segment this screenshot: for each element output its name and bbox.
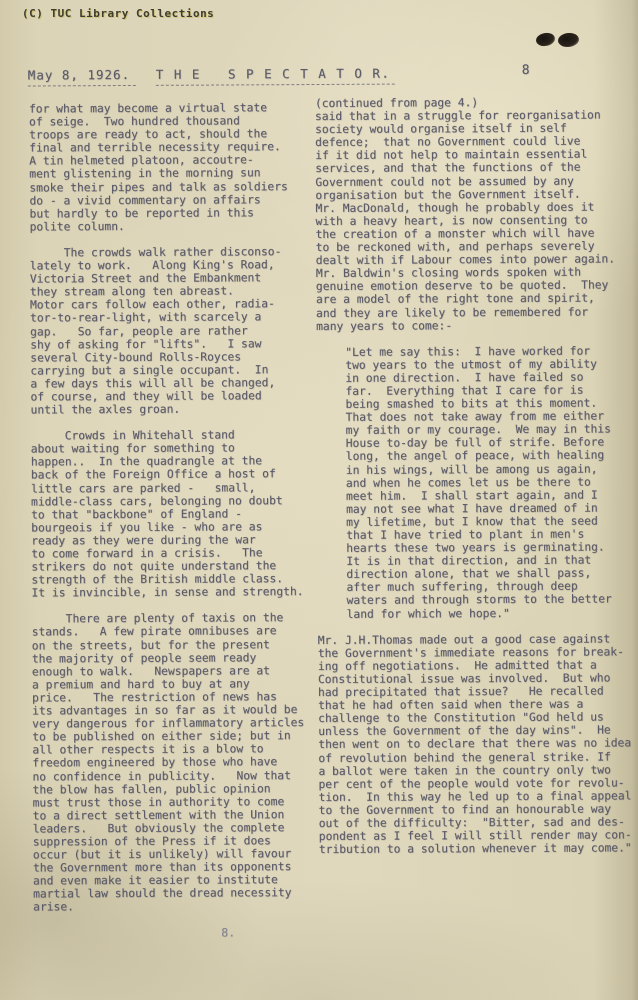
right-paragraph-continued: (continued from page 4.) said that in a … xyxy=(315,95,634,332)
baldwin-quote-block: "Let me say this: I have worked for two … xyxy=(345,344,618,620)
left-paragraph-4: There are plenty of taxis on the stands.… xyxy=(32,611,326,914)
left-paragraph-2: The crowds walk rather disconso- lately … xyxy=(30,245,323,417)
page-title: T H E S P E C T A T O R. xyxy=(156,66,395,86)
left-paragraph-3: Crowds in Whitehall stand about waiting … xyxy=(31,428,324,600)
right-paragraph-thomas: Mr. J.H.Thomas made out a good case agai… xyxy=(318,632,637,856)
left-column: for what may become a virtual state of s… xyxy=(29,101,325,927)
left-paragraph-1: for what may become a virtual state of s… xyxy=(29,101,322,233)
header-page-number: 8 xyxy=(522,63,530,78)
page-content: May 8, 1926. T H E S P E C T A T O R. 8 … xyxy=(0,0,638,1000)
footer-page-mark: 8. xyxy=(221,925,235,939)
right-column: (continued from page 4.) said that in a … xyxy=(315,95,637,869)
scanned-newspaper-page: (C) TUC Library Collections May 8, 1926.… xyxy=(0,0,638,1000)
header-date: May 8, 1926. xyxy=(28,67,136,87)
